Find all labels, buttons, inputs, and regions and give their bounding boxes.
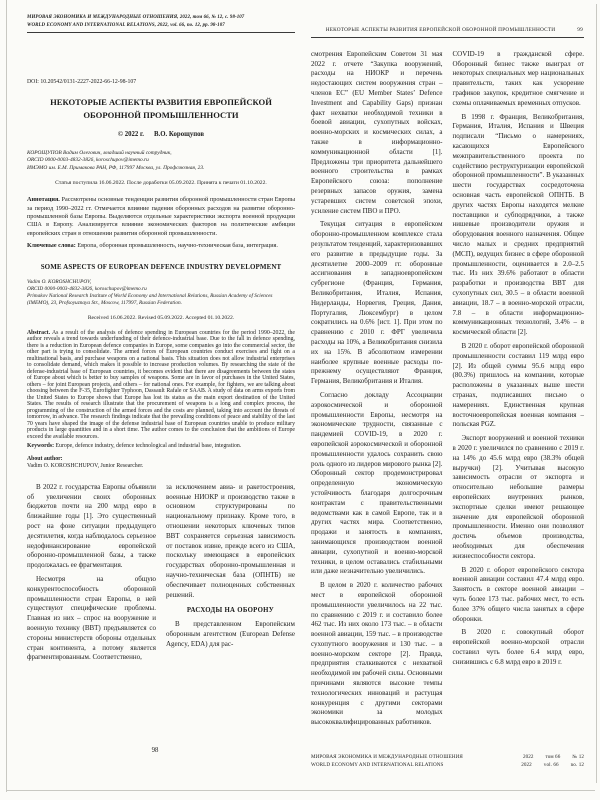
paragraph: В 2020 г. оборот европейского сектора во… <box>453 566 585 625</box>
abstract-en: Abstract. As a result of the analysis of… <box>27 330 295 440</box>
author-name-ru: В.О. Корощупов <box>154 131 204 138</box>
running-title: НЕКОТОРЫЕ АСПЕКТЫ РАЗВИТИЯ ЕВРОПЕЙСКОЙ О… <box>326 27 556 33</box>
running-head-right: НЕКОТОРЫЕ АСПЕКТЫ РАЗВИТИЯ ЕВРОПЕЙСКОЙ О… <box>311 27 584 38</box>
keywords-en-text: Europe, defence industry, defence techno… <box>56 443 242 449</box>
affiliation-line: Primakov National Research Institute of … <box>27 293 295 307</box>
affiliation-line: ORCID 0000-0003-4832-3826, koroschupov@i… <box>27 157 295 164</box>
annotation-text: Рассмотрены основные тенденции развития … <box>27 196 295 236</box>
byline: © 2022 г.В.О. Корощупов <box>27 131 295 138</box>
affiliation-line: ИМЭМО им. Е.М. Примакова РАН, РФ, 117997… <box>27 165 295 172</box>
paragraph: В представленном Европейским оборонным а… <box>166 620 295 649</box>
footer-volume: том 66 <box>546 754 561 762</box>
abstract-label: Abstract. <box>27 330 50 336</box>
body-column-1: смотрения Европейским Советом 31 мая 202… <box>311 50 443 726</box>
paragraph: Текущая ситуация в европейском оборонно-… <box>311 220 443 387</box>
paragraph: В 2020 г. совокупный оборот европейской … <box>453 628 585 667</box>
paragraph: COVID-19 в гражданской сфере. Оборонный … <box>453 50 585 109</box>
annotation-label: Аннотация. <box>27 196 60 203</box>
received-dates-en: Received 16.06.2022. Revised 05.09.2022.… <box>27 315 295 321</box>
paragraph: Согласно докладу Ассоциации аэрокосмичес… <box>311 391 443 577</box>
paragraph: В 2020 г. оборот европейской оборонной п… <box>453 342 585 430</box>
scan-edge-bottom <box>6 790 595 791</box>
footer-volume: vol. 66 <box>544 762 559 770</box>
journal-header-en: WORLD ECONOMY AND INTERNATIONAL RELATION… <box>27 22 295 30</box>
section-heading-defence-spending: РАСХОДЫ НА ОБОРОНУ <box>166 607 295 614</box>
body-column-1: В 2022 г. государства Европы объявили об… <box>27 483 156 667</box>
about-author-label: About author: <box>27 456 295 463</box>
paragraph: В 2022 г. государства Европы объявили об… <box>27 483 156 571</box>
journal-header-ru: МИРОВАЯ ЭКОНОМИКА И МЕЖДУНАРОДНЫЕ ОТНОШЕ… <box>27 14 295 22</box>
paragraph: за исключением авиа- и ракетостроения, в… <box>166 483 295 601</box>
footer-issue: № 12 <box>572 754 584 762</box>
received-dates-ru: Статья поступила 16.06.2022. После дораб… <box>27 180 295 186</box>
keywords-ru: Ключевые слова: Европа, оборонная промыш… <box>27 242 295 250</box>
footer-line-ru: МИРОВАЯ ЭКОНОМИКА И МЕЖДУНАРОДНЫЕ ОТНОШЕ… <box>311 754 584 762</box>
body-columns-left-page: В 2022 г. государства Европы объявили об… <box>27 483 295 667</box>
keywords-ru-text: Европа, оборонная промышленность, научно… <box>77 242 278 249</box>
running-head-left: МИРОВАЯ ЭКОНОМИКА И МЕЖДУНАРОДНЫЕ ОТНОШЕ… <box>27 14 295 33</box>
abstract-text: As a result of the analysis of defence s… <box>27 330 295 440</box>
body-columns-right-page: смотрения Европейским Советом 31 мая 202… <box>311 50 584 726</box>
doi: DOI: 10.20542/0131-2227-2022-66-12-98-10… <box>27 79 295 85</box>
keywords-ru-label: Ключевые слова: <box>27 242 76 249</box>
affiliation-line: КОРОЩУПОВ Вадим Олегович, младший научны… <box>27 150 295 157</box>
affiliation-line: Vadim O. KOROSHCHUPOV, <box>27 279 295 286</box>
about-author: About author:Vadim O. KOROSHCHUPOV, Juni… <box>27 456 295 471</box>
journal-page-98: МИРОВАЯ ЭКОНОМИКА И МЕЖДУНАРОДНЫЕ ОТНОШЕ… <box>8 0 302 790</box>
footer-year: 2022 <box>523 754 534 762</box>
paragraph: В целом в 2020 г. количество рабочих мес… <box>311 581 443 726</box>
journal-footer: МИРОВАЯ ЭКОНОМИКА И МЕЖДУНАРОДНЫЕ ОТНОШЕ… <box>311 754 584 770</box>
journal-page-99: НЕКОТОРЫЕ АСПЕКТЫ РАЗВИТИЯ ЕВРОПЕЙСКОЙ О… <box>302 0 596 790</box>
page-number-right: 99 <box>577 27 583 34</box>
footer-line-en: WORLD ECONOMY AND INTERNATIONAL RELATION… <box>311 762 584 770</box>
footer-year: 2022 <box>521 762 532 770</box>
author-affiliation-ru: КОРОЩУПОВ Вадим Олегович, младший научны… <box>27 150 295 172</box>
body-column-2: COVID-19 в гражданской сфере. Оборонный … <box>453 50 585 726</box>
scan-edge-left <box>6 0 7 792</box>
scanned-journal-spread: МИРОВАЯ ЭКОНОМИКА И МЕЖДУНАРОДНЫЕ ОТНОШЕ… <box>0 0 600 800</box>
paragraph: Несмотря на общую конкурентоспособность … <box>27 575 156 663</box>
keywords-en: Keywords: Europe, defence industry, defe… <box>27 443 295 450</box>
keywords-en-label: Keywords: <box>27 443 54 449</box>
page-spread: МИРОВАЯ ЭКОНОМИКА И МЕЖДУНАРОДНЫЕ ОТНОШЕ… <box>8 0 596 790</box>
page-number-left: 98 <box>8 747 302 754</box>
footer-journal-en: WORLD ECONOMY AND INTERNATIONAL RELATION… <box>311 762 509 770</box>
author-affiliation-en: Vadim O. KOROSHCHUPOV, ORCID 0000-0003-4… <box>27 279 295 307</box>
paragraph: В 1998 г. Франция, Великобритания, Герма… <box>453 113 585 338</box>
article-title-en: SOME ASPECTS OF EUROPEAN DEFENCE INDUSTR… <box>27 263 295 271</box>
affiliation-line: ORCID 0000-0003-4832-3826, koroschupov@i… <box>27 286 295 293</box>
scan-edge-right <box>596 4 597 783</box>
body-column-2: за исключением авиа- и ракетостроения, в… <box>166 483 295 667</box>
footer-journal-ru: МИРОВАЯ ЭКОНОМИКА И МЕЖДУНАРОДНЫЕ ОТНОШЕ… <box>311 754 511 762</box>
footer-issue: no. 12 <box>571 762 584 770</box>
annotation-ru: Аннотация. Рассмотрены основные тенденци… <box>27 196 295 237</box>
paragraph: Экспорт вооружений и военной техники в 2… <box>453 434 585 561</box>
paragraph: смотрения Европейским Советом 31 мая 202… <box>311 50 443 217</box>
copyright-year: © 2022 г. <box>118 131 144 138</box>
article-title-ru: НЕКОТОРЫЕ АСПЕКТЫ РАЗВИТИЯ ЕВРОПЕЙСКОЙ О… <box>41 96 281 122</box>
about-author-text: Vadim O. KOROSHCHUPOV, Junior Researcher… <box>27 463 143 469</box>
